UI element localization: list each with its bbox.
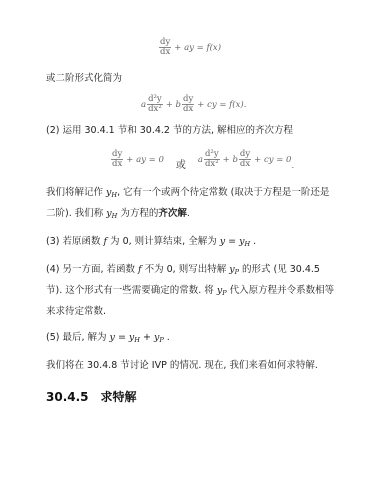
section-number: 30.4.5 [46, 390, 89, 404]
or-label: 或 [176, 156, 186, 171]
text-segment: 不为 0, 则写出特解 [142, 264, 230, 275]
section-heading: 30.4.5求特解 [46, 388, 137, 405]
coef-a: a [198, 155, 203, 165]
coef-b: + b [223, 155, 238, 165]
step-4-line-1: (4) 另一方面, 若函数 f 不为 0, 则写出特解 yP 的形式 (见 30… [46, 264, 320, 278]
plus: + [140, 332, 154, 343]
equals: = [225, 236, 239, 247]
denominator: dx [111, 160, 123, 169]
text-segment: 为 0, 则计算结束, 全解为 [107, 236, 220, 247]
equals: = [115, 332, 129, 343]
text-segment: 节). 这个形式有一些需要确定的常数. 将 [46, 285, 217, 296]
step-3: (3) 若原函数 f 为 0, 则计算结束, 全解为 y = yH . [46, 236, 256, 250]
term-homogeneous-solution: 齐次解 [158, 208, 187, 219]
coef-b: + b [166, 100, 181, 110]
second-order-intro: 或二阶形式化简为 [46, 73, 122, 85]
paragraph-line-2: 二阶). 我们称 yH 为方程的齐次解. [46, 208, 190, 222]
denominator: dx [159, 48, 171, 57]
denominator: dx [182, 105, 194, 114]
equation-rest: + ay = 0 [126, 155, 164, 165]
text-segment: 为方程的 [117, 208, 158, 219]
period: . [291, 161, 294, 171]
equation-first-order: dy dx + ay = f(x) [158, 38, 221, 57]
step-2: (2) 运用 30.4.1 节和 30.4.2 节的方法, 解相应的齐次方程 [46, 125, 293, 137]
section-title: 求特解 [101, 390, 137, 404]
paragraph-line-1: 我们将解记作 yH, 它有一个或两个待定常数 (取决于方程是一阶还是 [46, 187, 329, 201]
denominator: dx² [204, 160, 220, 169]
text-segment: , 它有一个或两个待定常数 (取决于方程是一阶还是 [117, 187, 329, 198]
fraction-d2y-dx2: d²y dx² [147, 95, 163, 114]
text-segment: . [250, 236, 256, 247]
equation-rest: + cy = f(x). [197, 100, 246, 110]
step-4-line-2: 节). 这个形式有一些需要确定的常数. 将 yP 代入原方程并令系数相等 [46, 285, 334, 299]
denominator: dx [239, 160, 251, 169]
equation-second-order: a d²y dx² + b dy dx + cy = f(x). [141, 95, 246, 114]
text-segment: 代入原方程并令系数相等 [227, 285, 335, 296]
fraction-dy-dx: dy dx [182, 95, 194, 114]
ivp-note: 我们将在 30.4.8 节讨论 IVP 的情况. 现在, 我们来看如何求特解. [46, 360, 318, 372]
text-segment: (3) 若原函数 [46, 236, 104, 247]
denominator: dx² [147, 105, 163, 114]
text-segment: . [187, 208, 190, 219]
equation-rest: + cy = 0 [254, 155, 291, 165]
text-segment: (4) 另一方面, 若函数 [46, 264, 138, 275]
homogeneous-equations: dy dx + ay = 0 或 a d²y dx² + b dy dx + c… [110, 150, 294, 169]
fraction-dy-dx: dy dx [159, 38, 171, 57]
step-5: (5) 最后, 解为 y = yH + yP . [46, 332, 170, 346]
coef-a: a [141, 100, 146, 110]
equation-rest: + ay = f(x) [174, 43, 221, 53]
step-4-line-3: 来求待定常数. [46, 306, 106, 318]
text-segment: 的形式 (见 30.4.5 [239, 264, 320, 275]
text-segment: 我们将解记作 [46, 187, 106, 198]
fraction-dy-dx: dy dx [111, 150, 123, 169]
text-segment: (5) 最后, 解为 [46, 332, 110, 343]
text-segment: 二阶). 我们称 [46, 208, 106, 219]
fraction-dy-dx: dy dx [239, 150, 251, 169]
fraction-d2y-dx2: d²y dx² [204, 150, 220, 169]
text-segment: . [164, 332, 170, 343]
